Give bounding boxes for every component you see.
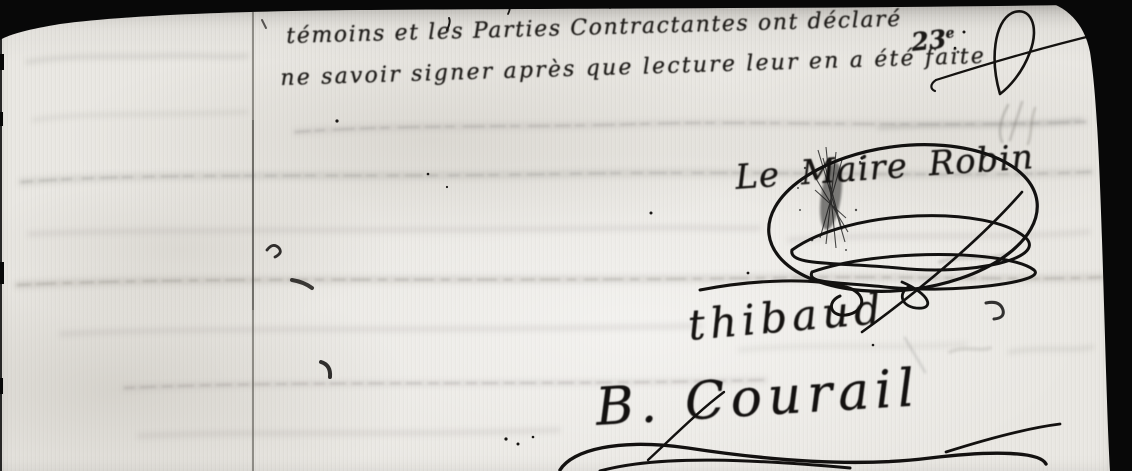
scan-border-top xyxy=(0,0,1132,40)
thibaud-curl-flourish xyxy=(700,281,862,315)
document-scan: témoins et les Parties Contractantes ont… xyxy=(0,0,1132,471)
ink-specks xyxy=(335,7,965,347)
fold-line xyxy=(253,12,330,471)
scan-border-left xyxy=(0,38,2,471)
courail-flourish xyxy=(504,392,1060,471)
scan-border-right xyxy=(1042,0,1132,471)
paraph-flourish-robin xyxy=(760,130,1046,332)
ink-and-border-layer xyxy=(0,0,1132,471)
